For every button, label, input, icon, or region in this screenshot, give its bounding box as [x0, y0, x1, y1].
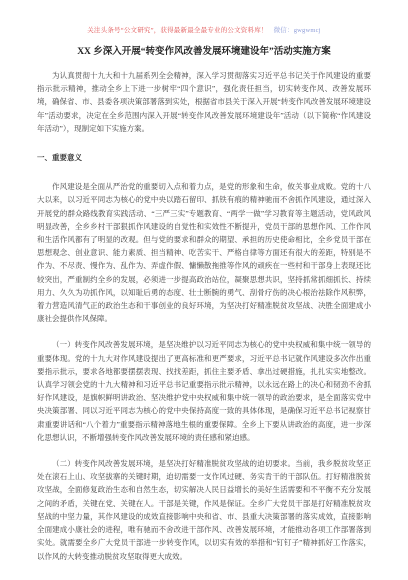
body-paragraph: （二）转变作风改善发展环境，是坚决打好精准脱贫攻坚战的迫切要求。当前，我乡脱贫攻…: [37, 457, 371, 563]
intro-paragraph: 为认真贯彻十九大和十九届系列全会精神，深入学习贯彻落实习近平总书记关于作风建设的…: [37, 69, 371, 135]
document-page: 关注头条号“公文研究”，获得最新最全最专业的公文资料库！微信：gwgwmcj X…: [0, 0, 408, 580]
body-paragraph: 作风建设是全面从严治党的重要切入点和着力点，是党的形象和生命，攸关事业成败。党的…: [37, 180, 371, 325]
document-title: XX 乡深入开展“转变作风改善发展环境建设年”活动实施方案: [37, 46, 371, 59]
promo-banner-text: 关注头条号“公文研究”，获得最新最全最专业的公文资料库！: [87, 27, 267, 34]
section-heading: 一、重要意义: [37, 151, 371, 164]
body-paragraph: （一）转变作风改善发展环境，是坚决维护以习近平同志为核心的党中央权威和集中统一领…: [37, 338, 371, 444]
promo-banner: 关注头条号“公文研究”，获得最新最全最专业的公文资料库！微信：gwgwmcj: [37, 26, 371, 35]
promo-wechat-text: 微信：gwgwmcj: [274, 27, 321, 34]
